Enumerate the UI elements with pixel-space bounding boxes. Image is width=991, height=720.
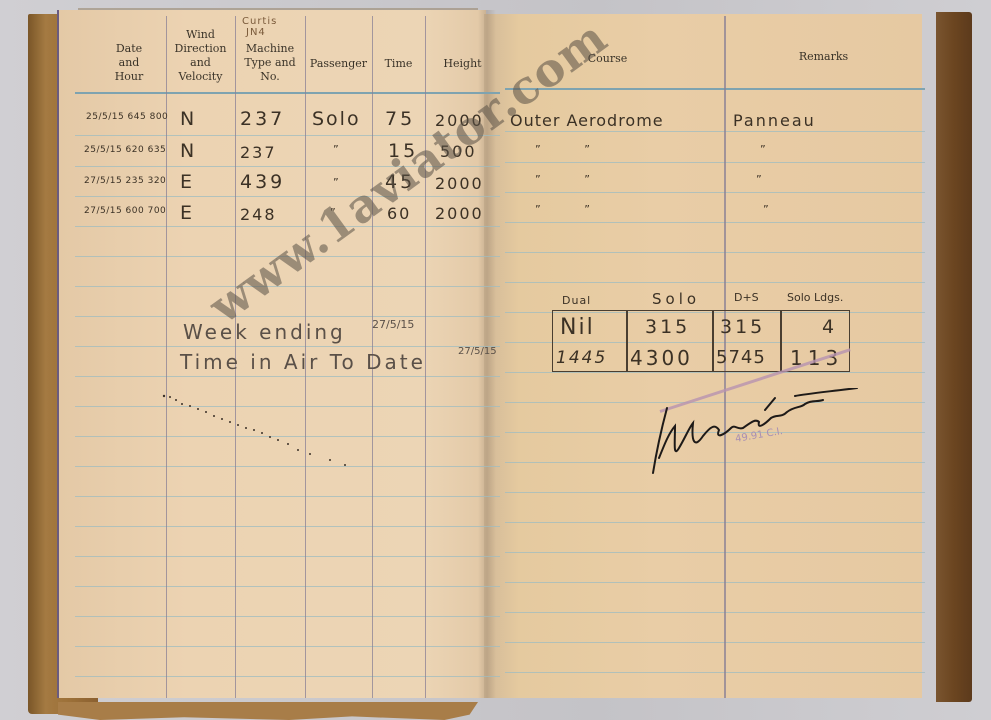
ruled-line [75,346,500,347]
entry-time: 75 [385,108,415,130]
ruled-line [505,612,925,613]
ruled-line [505,552,925,553]
summary-divider [712,310,714,371]
summary-cell: 315 [645,316,690,338]
entry-passenger-ditto: ” [333,143,339,156]
ruled-line [505,162,925,163]
right-cover [936,12,972,702]
entry-machine: 237 [240,108,285,130]
header-time: Time [372,57,425,71]
ruled-line [75,646,500,647]
ruled-line [505,131,925,132]
entry-course-ditto: ” ” [535,143,590,156]
entry-date: 27/5/15 235 320 [84,176,166,186]
ruled-line [75,526,500,527]
signature [645,388,865,478]
summary-header-solo-ldgs: Solo Ldgs. [787,291,843,304]
week-ending-date: 27/5/15 [372,318,414,331]
summary-cell: 5745 [716,347,766,368]
summary-header-solo: Solo [652,290,700,308]
entry-machine: 439 [240,171,285,193]
week-ending-label: Week ending [183,320,346,344]
header-height: Height [425,57,500,71]
header-rule-left [75,92,500,94]
ruled-line [75,676,500,677]
ruled-line [75,556,500,557]
summary-cell: 315 [720,316,765,338]
entry-date: 25/5/15 620 635 [84,145,166,155]
summary-header-ds: D+S [734,291,759,304]
header-machine: Machine Type and No. [235,42,305,84]
entry-remarks-ditto: ” [763,203,769,216]
summary-divider [780,310,782,371]
ruled-line [505,192,925,193]
ruled-line [505,252,925,253]
ruled-line [75,496,500,497]
summary-cell: 4 [822,316,834,338]
entry-passenger-ditto: ” [333,176,339,189]
handwritten-machine-note: Curtis JN4 [242,16,277,38]
ruled-line [505,522,925,523]
ruled-line [505,372,925,373]
ruled-line [75,586,500,587]
summary-cell: Nil [560,315,595,340]
entry-machine: 237 [240,143,277,162]
entry-course-ditto: ” ” [535,203,590,216]
entry-wind: E [180,202,195,224]
summary-header-dual: Dual [562,294,591,307]
entry-passenger: Solo [312,108,361,130]
pencil-scribble [160,392,360,472]
summary-cell: 4300 [630,346,693,370]
ruled-line [75,616,500,617]
entry-wind: N [180,108,197,130]
ruled-line [75,196,500,197]
ruled-line [505,222,925,223]
summary-divider [626,310,628,371]
ruled-line [75,376,500,377]
ruled-line [505,642,925,643]
entry-wind: E [180,171,195,193]
summary-cell: 1445 [556,348,607,368]
ruled-line [505,672,925,673]
header-passenger: Passenger [305,57,372,71]
time-in-air-label: Time in Air To Date [180,350,426,374]
time-in-air-date: 27/5/15 [458,346,497,357]
header-remarks: Remarks [726,50,921,64]
ruled-line [75,316,500,317]
entry-remarks: Panneau [733,111,816,130]
ruled-line [505,282,925,283]
entry-remarks-ditto: ” [756,173,762,186]
header-wind: Wind Direction and Velocity [166,28,235,84]
entry-machine: 248 [240,205,277,224]
entry-date: 25/5/15 645 800 [86,112,168,122]
ruled-line [505,582,925,583]
entry-course-ditto: ” ” [535,173,590,186]
entry-wind: N [180,140,197,162]
ruled-line [505,492,925,493]
entry-date: 27/5/15 600 700 [84,206,166,216]
torn-bottom-edge [58,702,478,720]
entry-height: 2000 [435,204,484,223]
header-date: Date and Hour [104,42,154,84]
entry-remarks-ditto: ” [760,143,766,156]
